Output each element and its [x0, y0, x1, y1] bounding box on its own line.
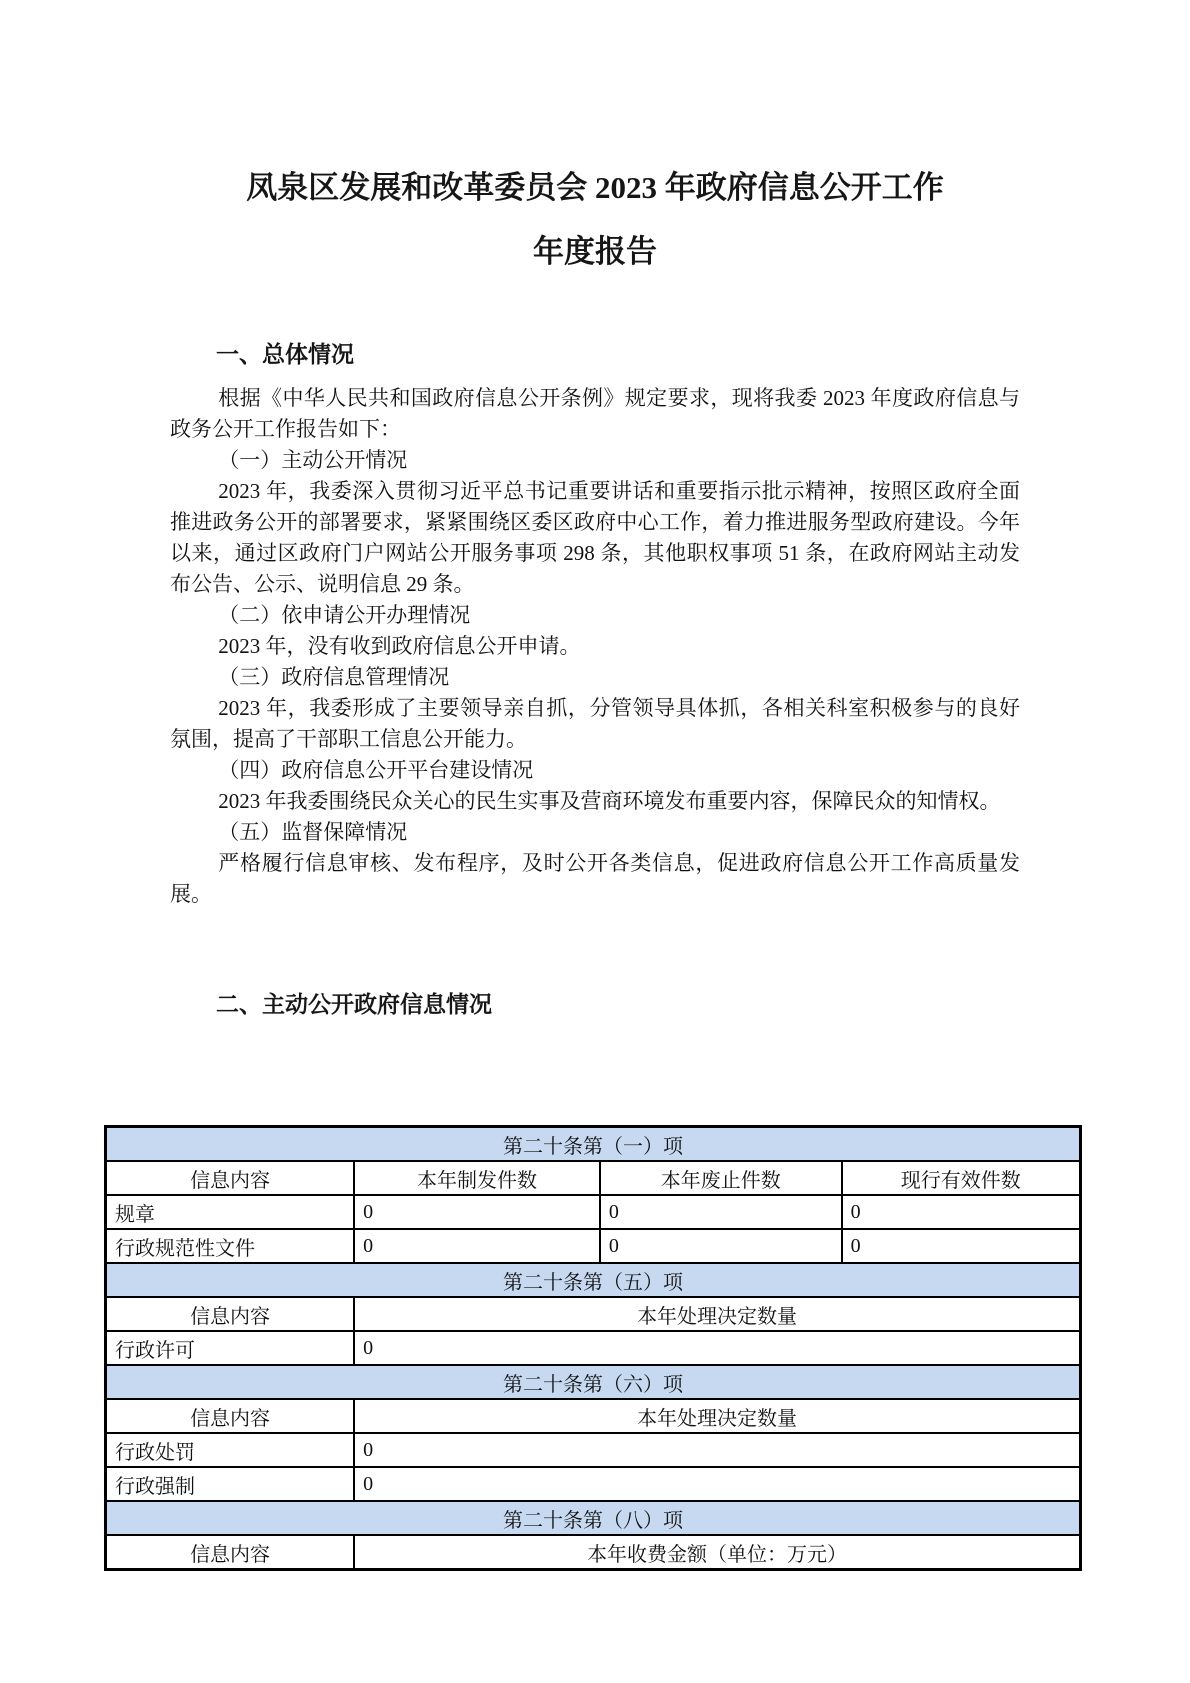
column-header: 信息内容	[106, 1161, 355, 1195]
column-header: 本年收费金额（单位：万元）	[354, 1535, 1080, 1570]
paragraph: 2023 年，我委深入贯彻习近平总书记重要讲话和重要指示批示精神，按照区政府全面…	[170, 476, 1020, 600]
cell-value: 0	[842, 1195, 1081, 1229]
column-header: 信息内容	[106, 1535, 355, 1570]
table-row: 行政强制 0	[106, 1467, 1081, 1501]
paragraph: 根据《中华人民共和国政府信息公开条例》规定要求，现将我委 2023 年度政府信息…	[170, 383, 1020, 445]
section1-heading: 一、总体情况	[170, 336, 1020, 369]
table-row: 行政处罚 0	[106, 1433, 1081, 1467]
paragraph: 2023 年，没有收到政府信息公开申请。	[170, 631, 1020, 662]
column-header: 现行有效件数	[842, 1161, 1081, 1195]
section2-heading: 二、主动公开政府信息情况	[170, 986, 1020, 1019]
column-header: 本年制发件数	[354, 1161, 600, 1195]
section1-body: 根据《中华人民共和国政府信息公开条例》规定要求，现将我委 2023 年度政府信息…	[170, 383, 1020, 910]
paragraph: （四）政府信息公开平台建设情况	[170, 755, 1020, 786]
column-header: 本年处理决定数量	[354, 1399, 1080, 1433]
paragraph: （二）依申请公开办理情况	[170, 600, 1020, 631]
paragraph: （一）主动公开情况	[170, 445, 1020, 476]
table-section-header: 第二十条第（一）项	[106, 1127, 1081, 1162]
column-header: 本年废止件数	[600, 1161, 842, 1195]
column-header: 信息内容	[106, 1399, 355, 1433]
cell-label: 行政处罚	[106, 1433, 355, 1467]
document-title-line1: 凤泉区发展和改革委员会 2023 年政府信息公开工作	[170, 156, 1020, 220]
table-row: 行政规范性文件 0 0 0	[106, 1229, 1081, 1263]
cell-value: 0	[600, 1195, 842, 1229]
table-section-row: 第二十条第（五）项	[106, 1263, 1081, 1297]
cell-label: 行政规范性文件	[106, 1229, 355, 1263]
paragraph: 严格履行信息审核、发布程序，及时公开各类信息，促进政府信息公开工作高质量发展。	[170, 848, 1020, 910]
table-row: 规章 0 0 0	[106, 1195, 1081, 1229]
cell-label: 行政许可	[106, 1331, 355, 1365]
paragraph: 2023 年，我委形成了主要领导亲自抓，分管领导具体抓，各相关科室积极参与的良好…	[170, 693, 1020, 755]
table-section-header: 第二十条第（六）项	[106, 1365, 1081, 1399]
document-page: 凤泉区发展和改革委员会 2023 年政府信息公开工作 年度报告 一、总体情况 根…	[0, 0, 1190, 1683]
cell-label: 行政强制	[106, 1467, 355, 1501]
paragraph: （五）监督保障情况	[170, 817, 1020, 848]
paragraph: （三）政府信息管理情况	[170, 662, 1020, 693]
table-header-row: 信息内容 本年处理决定数量	[106, 1297, 1081, 1331]
cell-value: 0	[354, 1195, 600, 1229]
table-section-row: 第二十条第（八）项	[106, 1501, 1081, 1535]
table-header-row: 信息内容 本年处理决定数量	[106, 1399, 1081, 1433]
paragraph: 2023 年我委围绕民众关心的民生实事及营商环境发布重要内容，保障民众的知情权。	[170, 786, 1020, 817]
cell-label: 规章	[106, 1195, 355, 1229]
table-row: 行政许可 0	[106, 1331, 1081, 1365]
text-block: 凤泉区发展和改革委员会 2023 年政府信息公开工作 年度报告 一、总体情况 根…	[170, 0, 1020, 1019]
table-section-header: 第二十条第（五）项	[106, 1263, 1081, 1297]
cell-value: 0	[354, 1433, 1080, 1467]
table-header-row: 信息内容 本年收费金额（单位：万元）	[106, 1535, 1081, 1570]
cell-value: 0	[842, 1229, 1081, 1263]
table-section-row: 第二十条第（六）项	[106, 1365, 1081, 1399]
document-title: 凤泉区发展和改革委员会 2023 年政府信息公开工作 年度报告	[170, 0, 1020, 284]
table-header-row: 信息内容 本年制发件数 本年废止件数 现行有效件数	[106, 1161, 1081, 1195]
cell-value: 0	[354, 1467, 1080, 1501]
cell-value: 0	[600, 1229, 842, 1263]
disclosure-table: 第二十条第（一）项 信息内容 本年制发件数 本年废止件数 现行有效件数 规章 0…	[104, 1125, 1082, 1571]
table-section-header: 第二十条第（八）项	[106, 1501, 1081, 1535]
document-title-line2: 年度报告	[170, 220, 1020, 284]
column-header: 本年处理决定数量	[354, 1297, 1080, 1331]
cell-value: 0	[354, 1331, 1080, 1365]
cell-value: 0	[354, 1229, 600, 1263]
column-header: 信息内容	[106, 1297, 355, 1331]
table-section-row: 第二十条第（一）项	[106, 1127, 1081, 1162]
